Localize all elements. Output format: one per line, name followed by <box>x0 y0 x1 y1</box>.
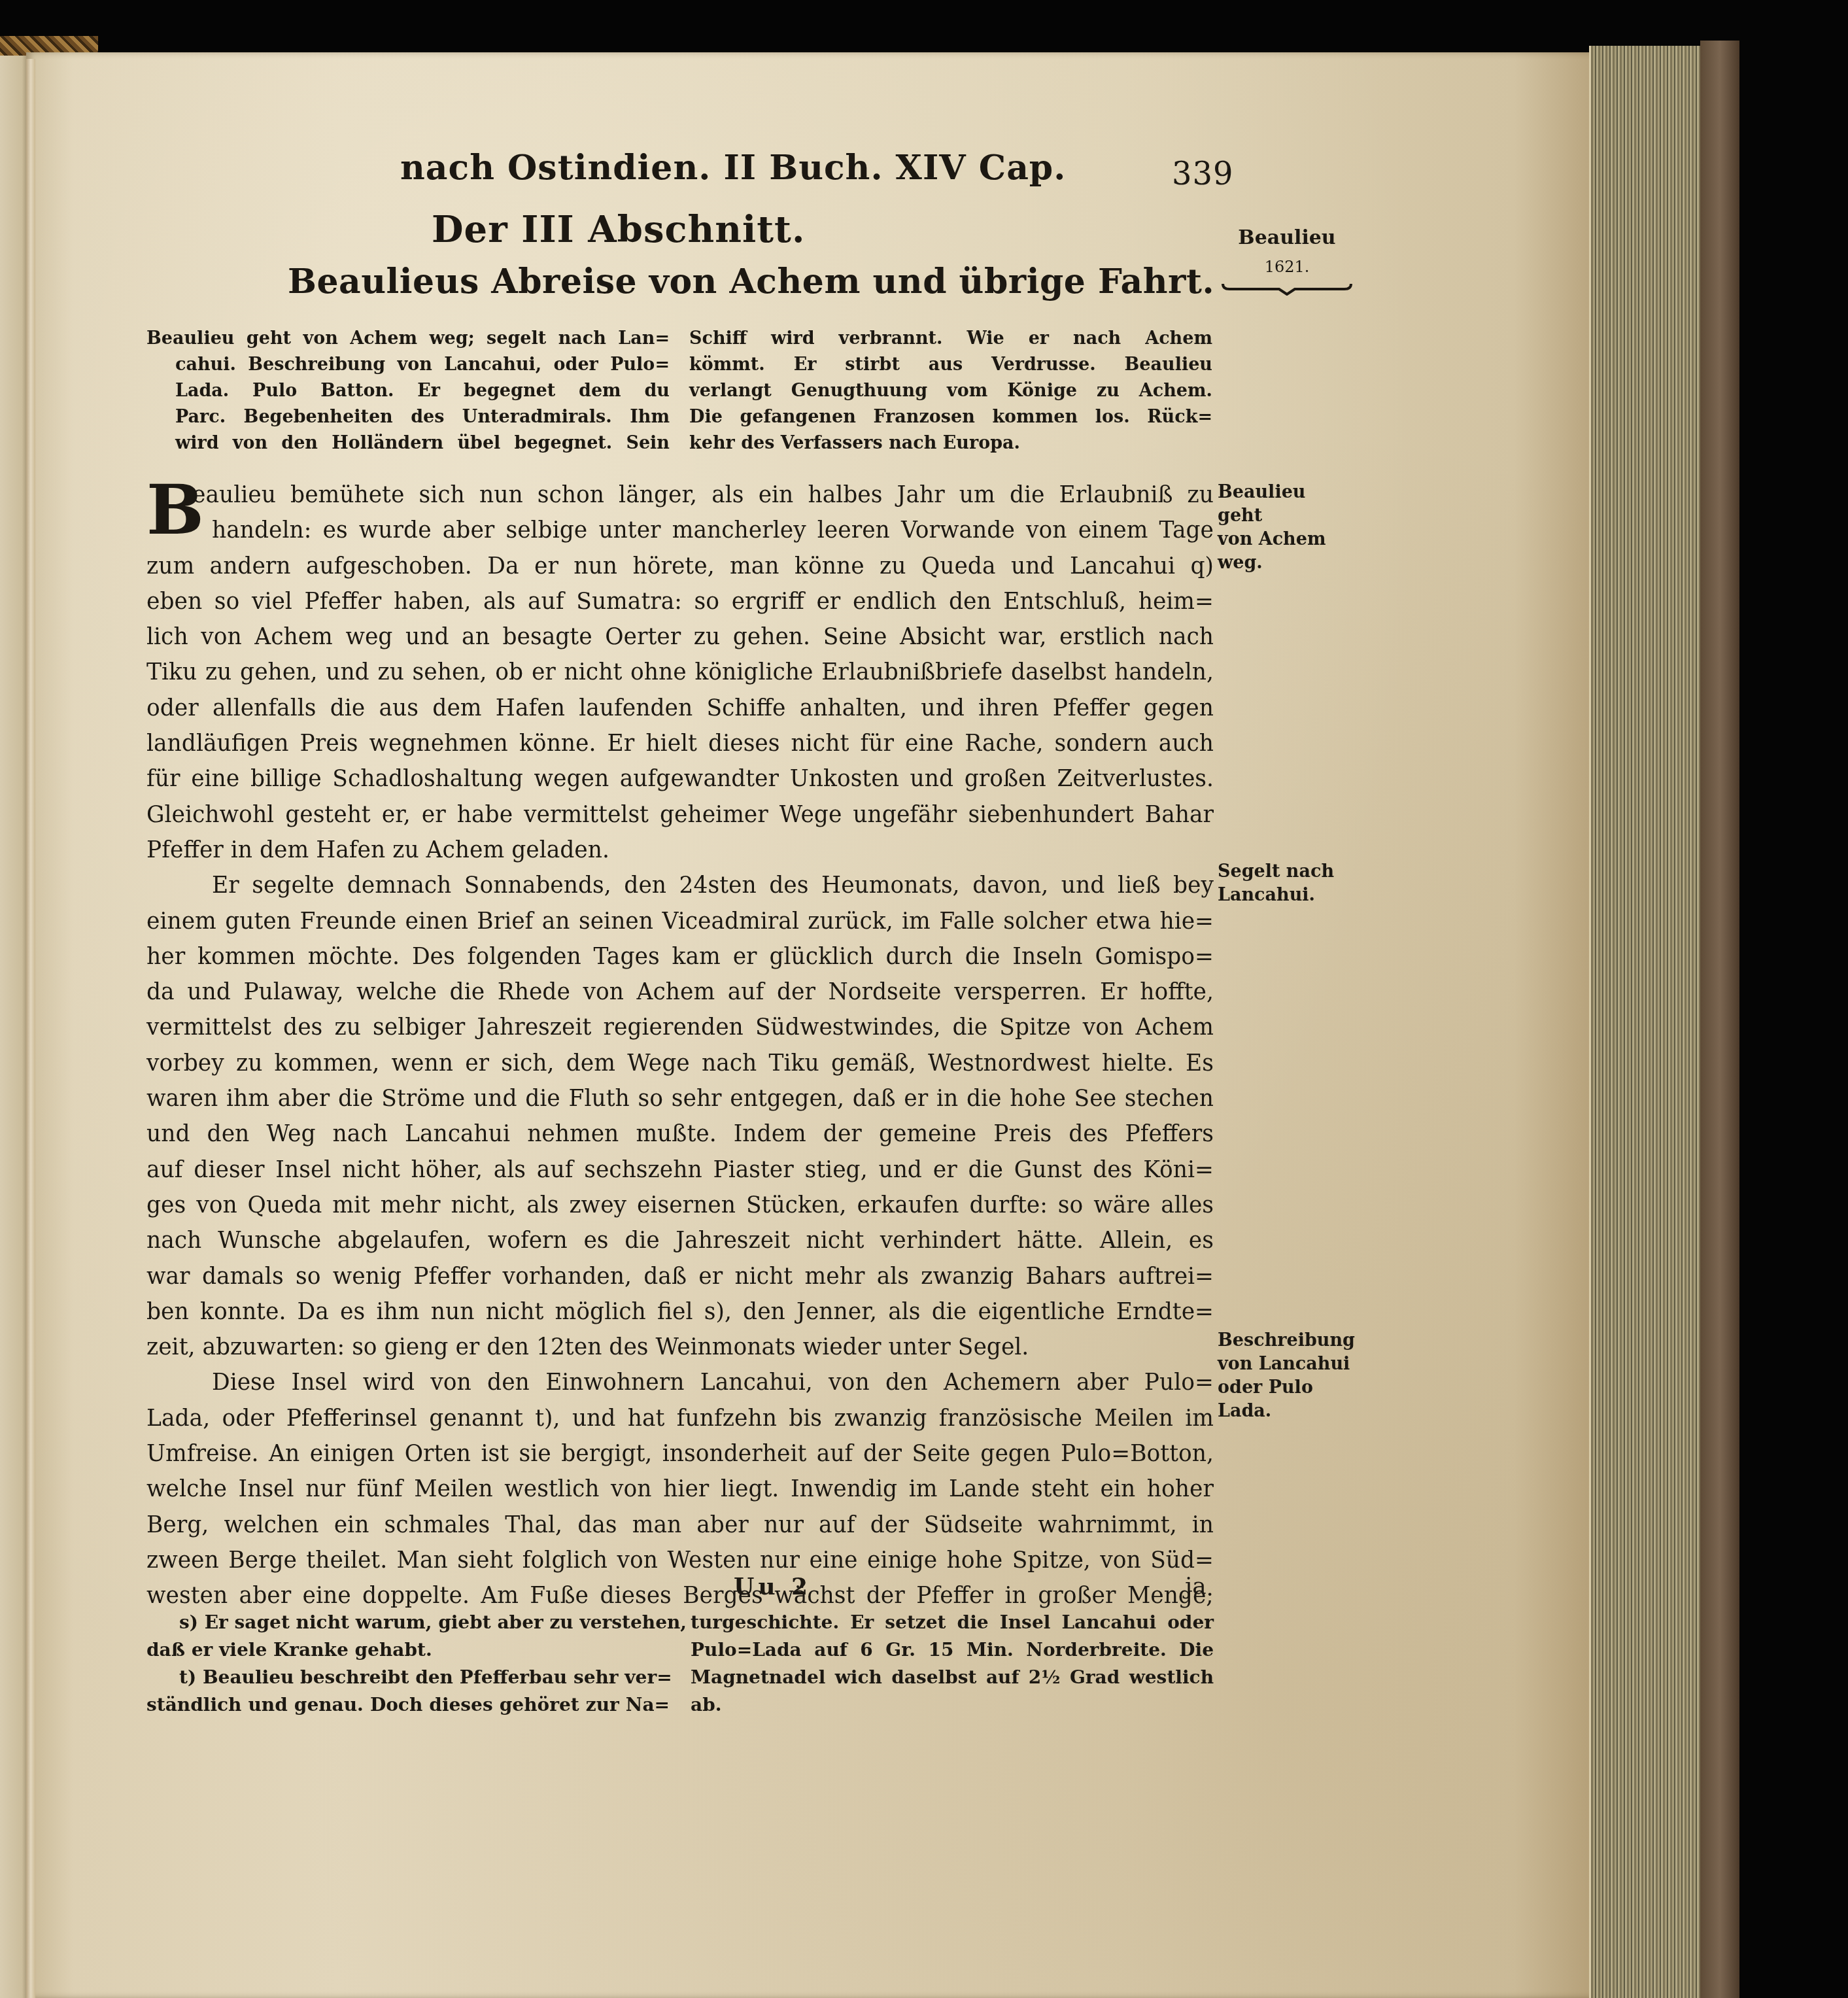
margin-note: Beaulieu geht von Achem weg. <box>1218 481 1355 575</box>
body-line: ben konnte. Da es ihm nun nicht möglich … <box>146 1294 1214 1330</box>
page-content: nach Ostindien. II Buch. XIV Cap. 339 De… <box>0 0 1848 1998</box>
summary-line: cahui. Beschreibung von Lancahui, oder P… <box>146 352 670 378</box>
body-line: auf dieser Insel nicht höher, als auf se… <box>146 1152 1214 1188</box>
running-head: nach Ostindien. II Buch. XIV Cap. 339 <box>400 148 1257 194</box>
body-line: vermittelst des zu selbiger Jahreszeit r… <box>146 1010 1214 1045</box>
summary-line: verlangt Genugthuung vom Könige zu Achem… <box>689 378 1212 404</box>
body-line: Gleichwohl gesteht er, er habe vermittel… <box>146 797 1214 833</box>
body-line: lich von Achem weg und an besagte Oerter… <box>146 619 1214 655</box>
curly-brace-icon <box>1222 281 1352 296</box>
summary-line: Lada. Pulo Batton. Er begegnet dem du <box>146 378 670 404</box>
summary-line: Parc. Begebenheiten des Unteradmirals. I… <box>146 404 670 430</box>
body-line: für eine billige Schadloshaltung wegen a… <box>146 761 1214 797</box>
body-line: zeit, abzuwarten: so gieng er den 12ten … <box>146 1330 1214 1365</box>
body-line: Diese Insel wird von den Einwohnern Lanc… <box>146 1365 1214 1400</box>
body-line: Berg, welchen ein schmales Thal, das man… <box>146 1507 1214 1543</box>
body-line: Tiku zu gehen, und zu sehen, ob er nicht… <box>146 655 1214 690</box>
summary-line: Schiff wird verbrannt. Wie er nach Achem <box>689 326 1212 352</box>
body-line: landläufigen Preis wegnehmen könne. Er h… <box>146 726 1214 761</box>
summary-line: Die gefangenen Franzosen kommen los. Rüc… <box>689 404 1212 430</box>
body-line: zum andern aufgeschoben. Da er nun höret… <box>146 549 1214 584</box>
margin-note: Beschreibung von Lancahui oder Pulo Lada… <box>1218 1329 1355 1423</box>
body-line: Pfeffer in dem Hafen zu Achem geladen. <box>146 833 1214 868</box>
margin-header-year: 1621. <box>1222 252 1352 281</box>
body-line: Er segelte demnach Sonnabends, den 24ste… <box>146 868 1214 903</box>
catchword: ja <box>1185 1573 1206 1600</box>
footnote-line: turgeschichte. Er setzet die Insel Lanca… <box>691 1609 1214 1636</box>
section-subtitle: Beaulieus Abreise von Achem und übrige F… <box>288 262 1214 301</box>
drop-cap: B <box>146 477 204 543</box>
signature-mark: Uu 2 <box>734 1573 812 1600</box>
page-number: 339 <box>1172 156 1234 192</box>
footnote-line: s) Er saget nicht warum, giebt aber zu v… <box>146 1609 670 1636</box>
margin-note-line: Lada. <box>1218 1400 1355 1423</box>
footnote-line: ab. <box>691 1691 1214 1719</box>
body-line: welche Insel nur fünf Meilen westlich vo… <box>146 1472 1214 1507</box>
margin-note: Segelt nach Lancahui. <box>1218 860 1355 907</box>
body-line: ges von Queda mit mehr nicht, als zwey e… <box>146 1188 1214 1223</box>
body-line: eben so viel Pfeffer haben, als auf Suma… <box>146 584 1214 619</box>
running-head-title: nach Ostindien. II Buch. XIV Cap. <box>400 148 1066 188</box>
summary-line: kehr des Verfassers nach Europa. <box>689 430 1212 456</box>
summary-line: wird von den Holländern übel begegnet. S… <box>146 430 670 456</box>
margin-note-line: Beschreibung <box>1218 1329 1355 1352</box>
body-line: oder allenfalls die aus dem Hafen laufen… <box>146 691 1214 726</box>
margin-header: Beaulieu 1621. <box>1222 224 1352 296</box>
body-line: war damals so wenig Pfeffer vorhanden, d… <box>146 1259 1214 1294</box>
margin-note-line: Lancahui. <box>1218 884 1355 907</box>
body-line: und den Weg nach Lancahui nehmen mußte. … <box>146 1116 1214 1152</box>
body-line: waren ihm aber die Ströme und die Fluth … <box>146 1081 1214 1116</box>
body-line: einem guten Freunde einen Brief an seine… <box>146 904 1214 939</box>
body-line: her kommen möchte. Des folgenden Tages k… <box>146 939 1214 974</box>
summary-left-column: Beaulieu geht von Achem weg; segelt nach… <box>146 326 670 463</box>
summary-line: kömmt. Er stirbt aus Verdrusse. Beaulieu <box>689 352 1212 378</box>
body-line: eaulieu bemühete sich nun schon länger, … <box>146 477 1214 513</box>
margin-note-line: von Achem <box>1218 528 1355 551</box>
summary-line: Beaulieu geht von Achem weg; segelt nach… <box>146 326 670 352</box>
body-text: B eaulieu bemühete sich nun schon länger… <box>146 477 1214 1614</box>
margin-note-line: Beaulieu geht <box>1218 481 1355 528</box>
body-line: vorbey zu kommen, wenn er sich, dem Wege… <box>146 1046 1214 1081</box>
body-line: da und Pulaway, welche die Rhede von Ach… <box>146 974 1214 1010</box>
body-line: handeln: es wurde aber selbige unter man… <box>146 513 1214 548</box>
chapter-summary: Beaulieu geht von Achem weg; segelt nach… <box>146 326 1212 463</box>
margin-note-line: oder Pulo <box>1218 1376 1355 1400</box>
body-line: nach Wunsche abgelaufen, wofern es die J… <box>146 1223 1214 1258</box>
footnotes-right-column: turgeschichte. Er setzet die Insel Lanca… <box>691 1609 1214 1719</box>
body-line: zween Berge theilet. Man sieht folglich … <box>146 1543 1214 1578</box>
footnote-line: Pulo=Lada auf 6 Gr. 15 Min. Norderbreite… <box>691 1636 1214 1664</box>
margin-note-line: von Lancahui <box>1218 1352 1355 1376</box>
margin-header-name: Beaulieu <box>1222 224 1352 252</box>
footnote-line: Magnetnadel wich daselbst auf 2½ Grad we… <box>691 1664 1214 1691</box>
summary-right-column: Schiff wird verbrannt. Wie er nach Achem… <box>689 326 1212 463</box>
footnote-line: t) Beaulieu beschreibt den Pfefferbau se… <box>146 1664 670 1691</box>
footnote-line: daß er viele Kranke gehabt. <box>146 1636 670 1664</box>
margin-note-line: weg. <box>1218 551 1355 575</box>
footnotes-left-column: s) Er saget nicht warum, giebt aber zu v… <box>146 1609 670 1719</box>
footnote-line: ständlich und genau. Doch dieses gehöret… <box>146 1691 670 1719</box>
body-line: Lada, oder Pfefferinsel genannt t), und … <box>146 1401 1214 1436</box>
body-line: Umfreise. An einigen Orten ist sie bergi… <box>146 1436 1214 1472</box>
margin-note-line: Segelt nach <box>1218 860 1355 884</box>
footnotes: s) Er saget nicht warum, giebt aber zu v… <box>146 1609 1214 1719</box>
section-title: Der III Abschnitt. <box>432 208 805 251</box>
